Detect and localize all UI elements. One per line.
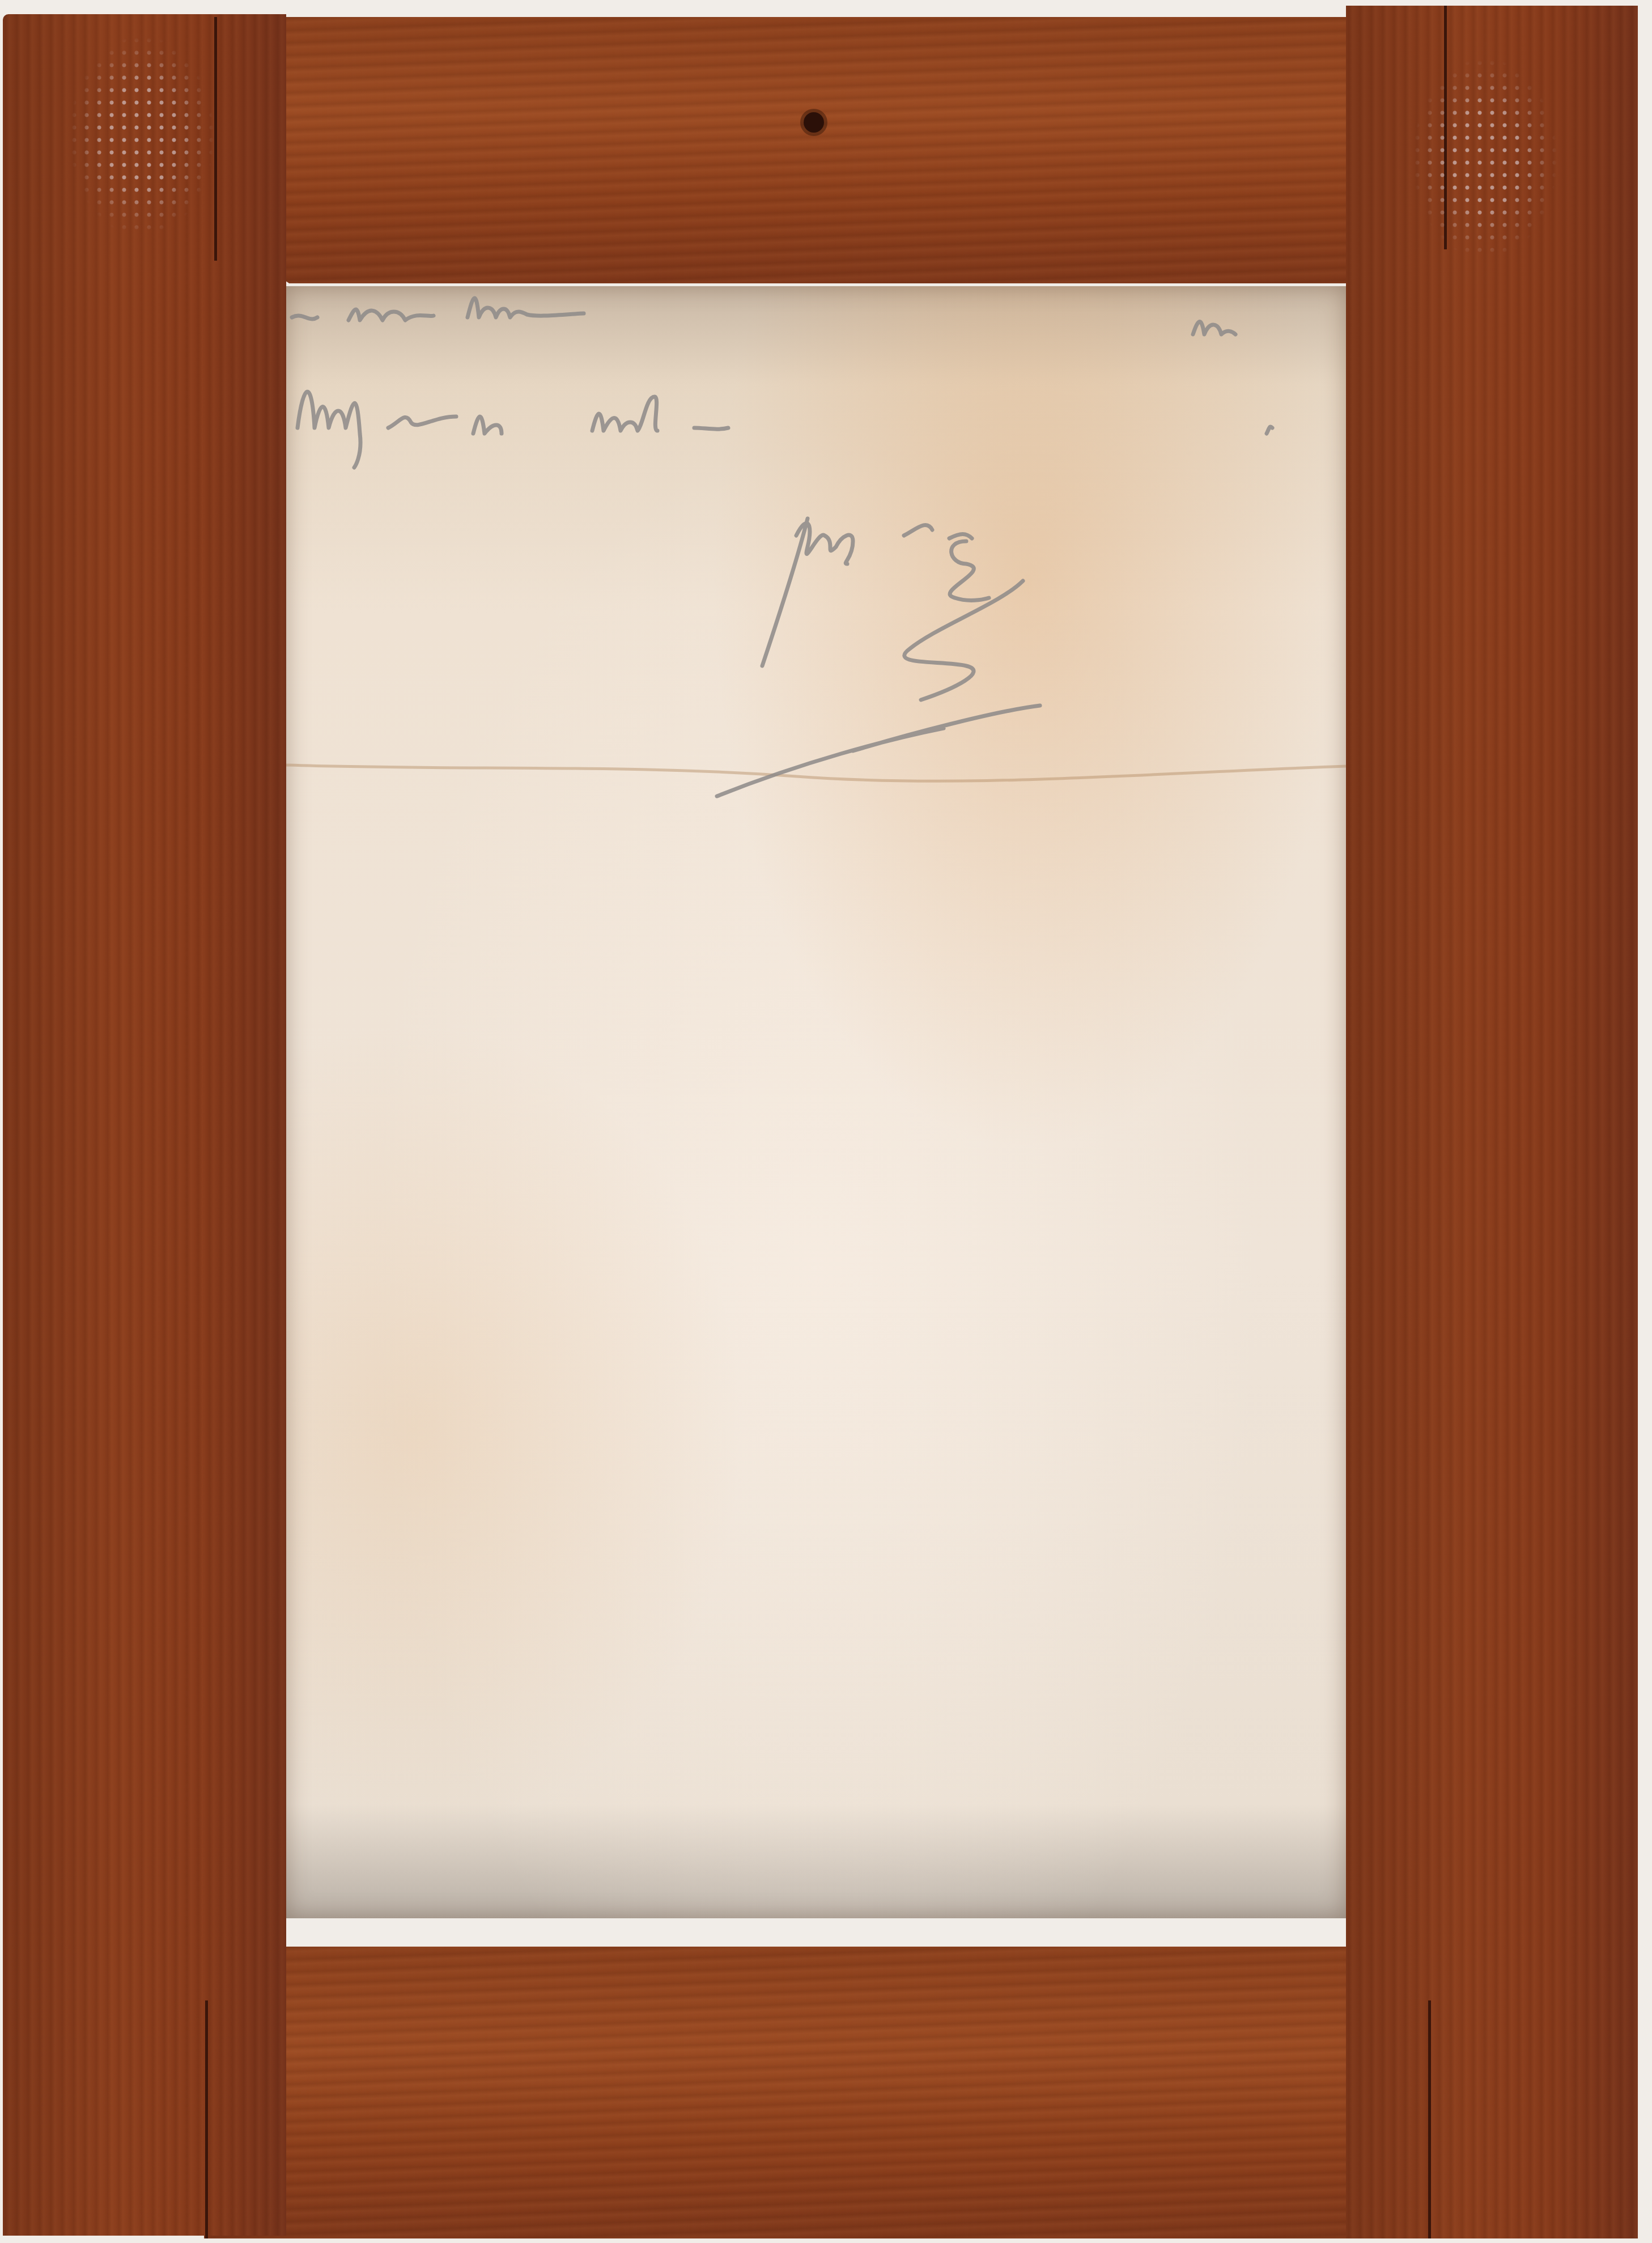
pencil-inscription [286, 286, 1346, 966]
joint-seam-bottom-right [1428, 2000, 1431, 2238]
hanging-hole [804, 112, 824, 133]
frame-top-rail [215, 17, 1445, 283]
frame-bottom-rail [204, 1947, 1439, 2238]
glue-residue-left [68, 34, 215, 238]
glue-residue-right [1411, 57, 1558, 261]
joint-seam-bottom-left [205, 2000, 208, 2238]
frame-left-stile [3, 14, 286, 2236]
photograph: [illegible cursive text, line 1] [illegi… [0, 0, 1652, 2243]
frame-right-stile [1346, 6, 1638, 2238]
